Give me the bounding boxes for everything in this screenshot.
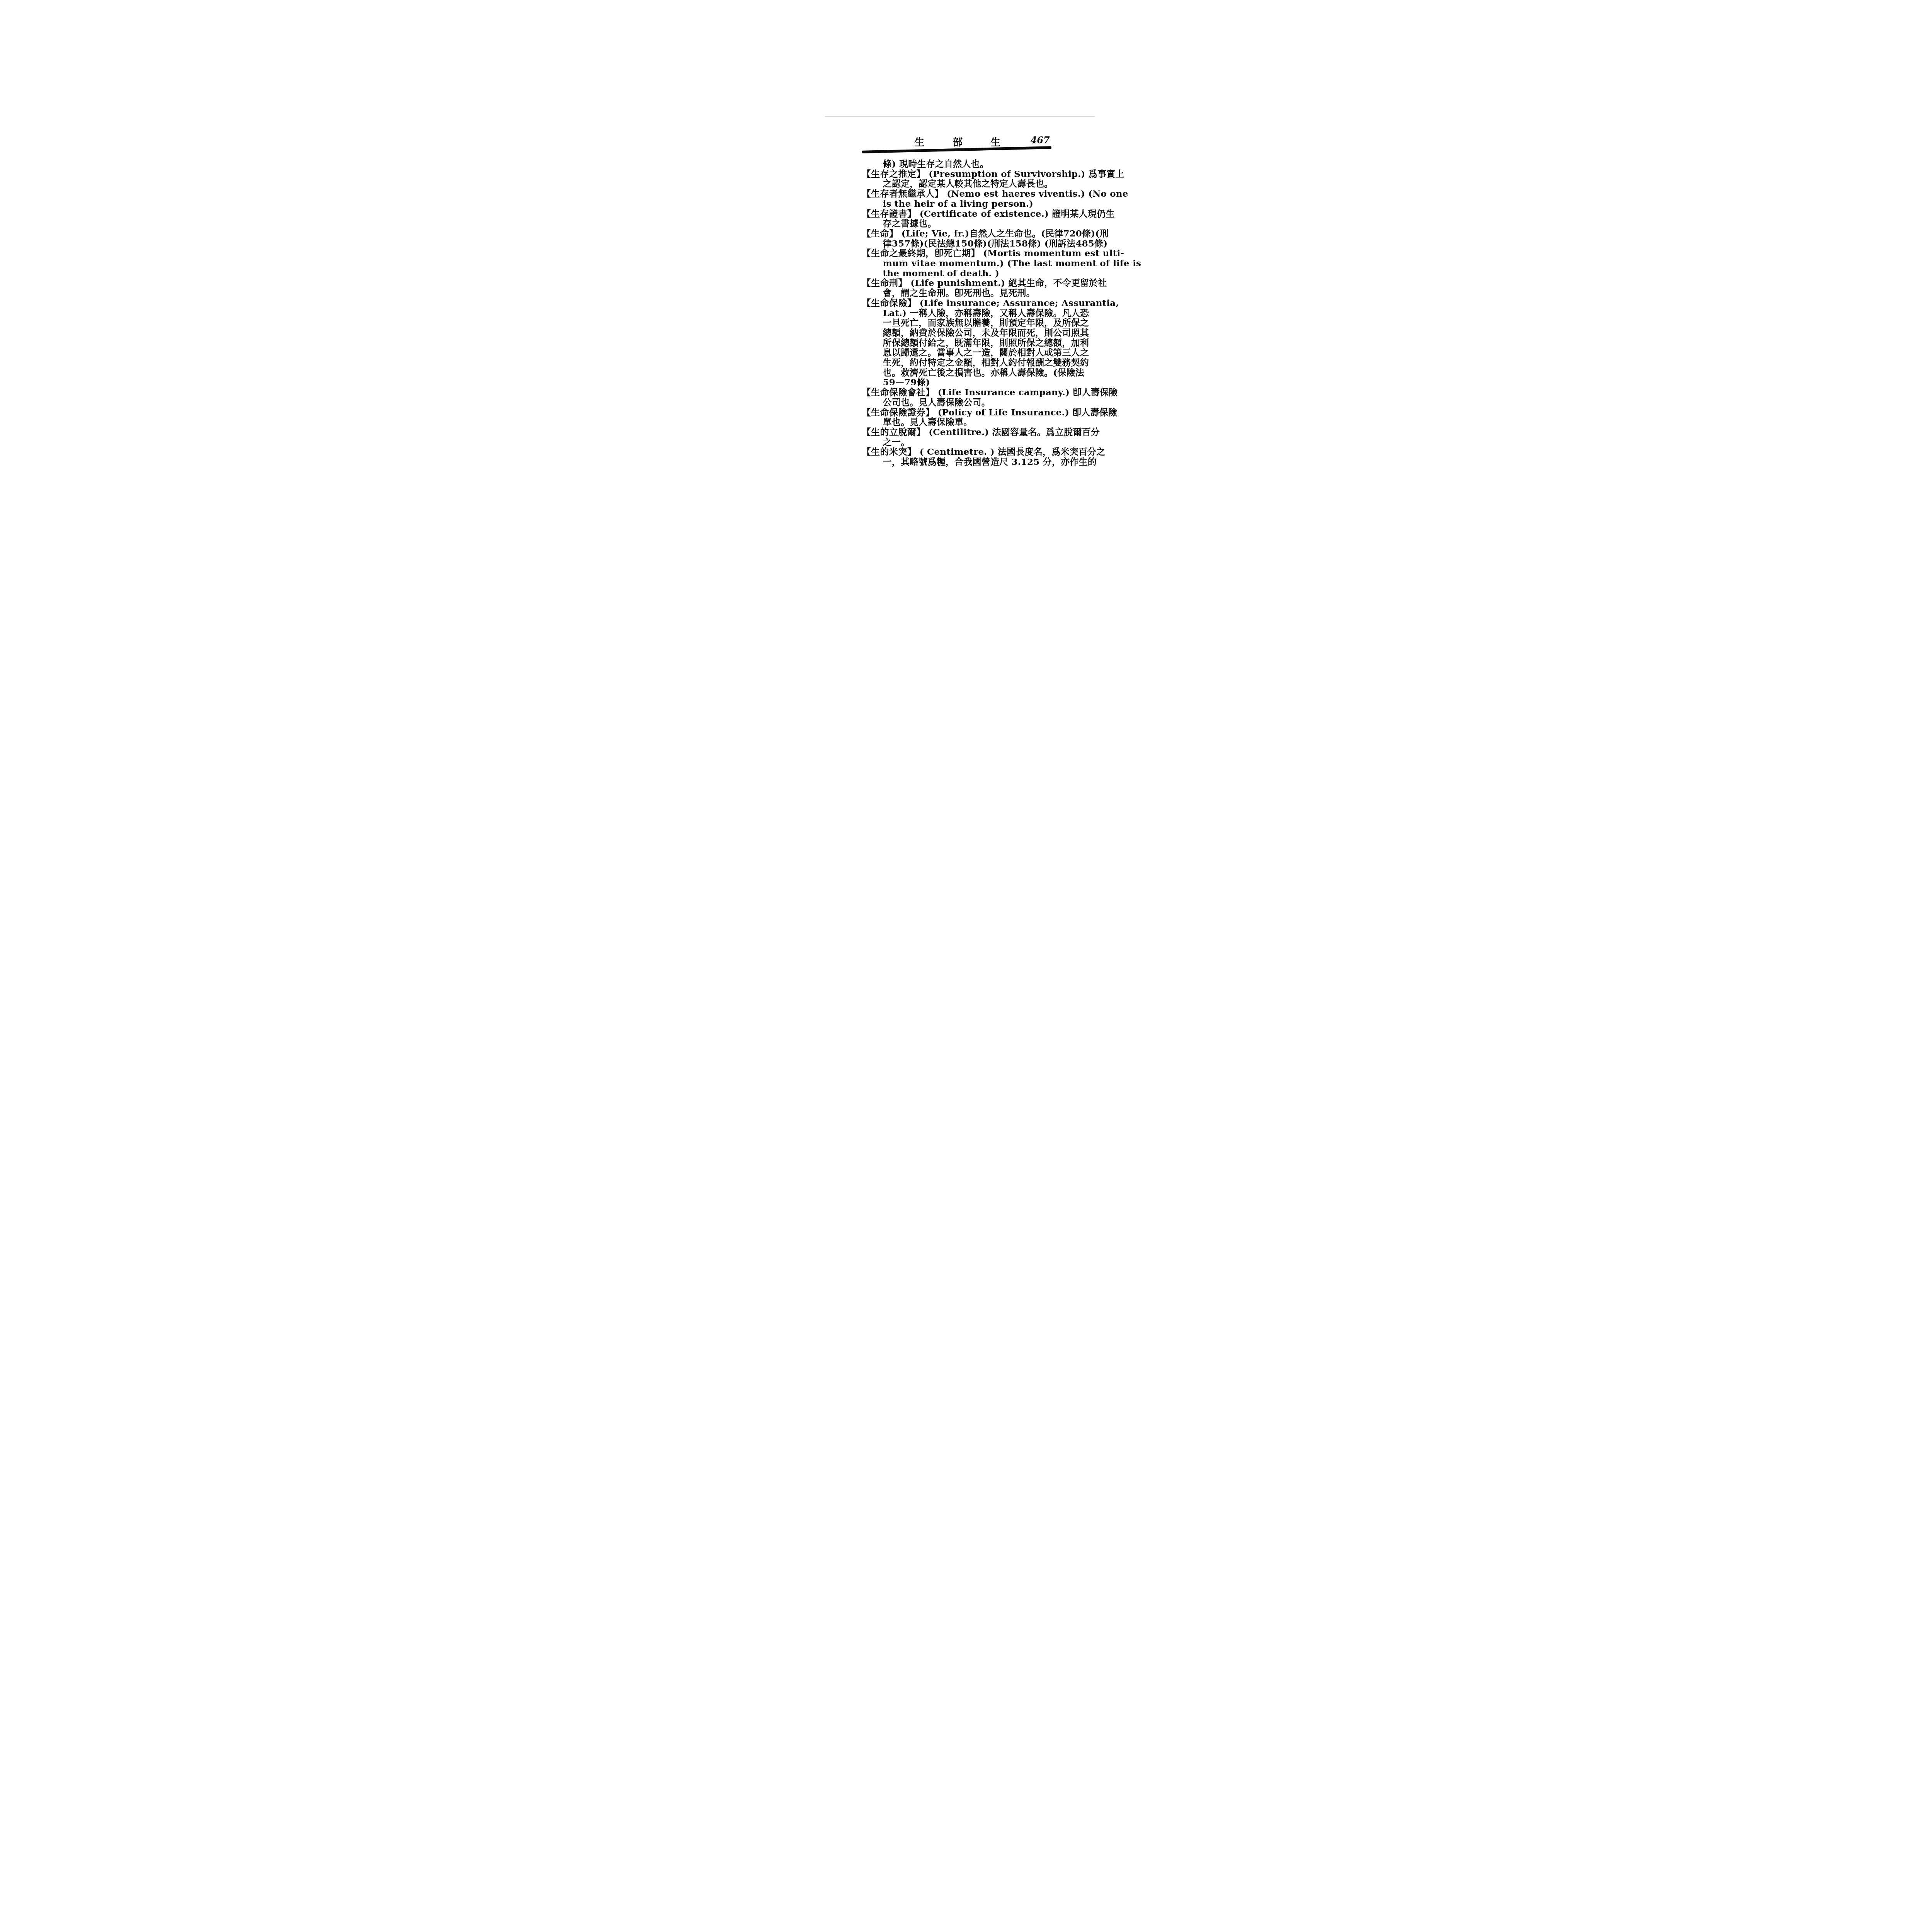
- entry-line-text: 所保總額付給之，既滿年限，則照所保之總額，加利: [883, 338, 1089, 348]
- entry-line-text: 一，其略號爲糎，合我國營造尺 3.125 分，亦作生的: [883, 457, 1097, 467]
- dict-continuation-line: 也。救濟死亡後之損害也。亦稱人壽保險。(保險法: [862, 368, 1101, 378]
- dict-continuation-line: 條) 現時生存之自然人也。: [862, 159, 1101, 169]
- entry-line-text: (Life Insurance campany.) 卽人壽保險: [935, 387, 1118, 398]
- dict-continuation-line: 總額，納費於保險公司，未及年限而死，則公司照其: [862, 328, 1101, 338]
- entry-headword: 【生存者無繼承人】: [862, 189, 944, 199]
- dict-entry-line: 【生存證書】 (Certificate of existence.) 證明某人現…: [862, 209, 1101, 219]
- dict-entry-line: 【生存之推定】 (Presumption of Survivorship.) 爲…: [862, 169, 1101, 179]
- entry-line-text: (Life insurance; Assurance; Assurantia,: [917, 298, 1119, 308]
- entry-line-text: 也。救濟死亡後之損害也。亦稱人壽保險。(保險法: [883, 367, 1084, 378]
- entry-line-text: 之一。: [883, 437, 910, 447]
- entry-line-text: 條) 現時生存之自然人也。: [883, 159, 989, 169]
- dict-continuation-line: the moment of death. ): [862, 269, 1101, 279]
- entry-line-text: (Nemo est haeres viventis.) (No one: [944, 189, 1128, 199]
- entry-headword: 【生存證書】: [862, 209, 917, 219]
- running-head-section-char: 部: [953, 134, 963, 149]
- dict-entry-line: 【生命保險會社】 (Life Insurance campany.) 卽人壽保險: [862, 388, 1101, 398]
- dict-continuation-line: 所保總額付給之，既滿年限，則照所保之總額，加利: [862, 338, 1101, 348]
- dict-continuation-line: 之認定，認定某人較其他之特定人壽長也。: [862, 179, 1101, 189]
- dict-continuation-line: 單也。見人壽保險單。: [862, 417, 1101, 427]
- entry-line-text: 律357條)(民法總150條)(刑法158條) (刑訴法485條): [883, 238, 1108, 249]
- dict-entry-line: 【生存者無繼承人】 (Nemo est haeres viventis.) (N…: [862, 189, 1101, 199]
- entry-line-text: 息以歸還之。當事人之一造，關於相對人或第三人之: [883, 347, 1089, 358]
- dict-entry-line: 【生命刑】 (Life punishment.) 絕其生命，不令更留於社: [862, 278, 1101, 288]
- scan-edge-line: [825, 116, 1095, 117]
- entry-line-text: 一旦死亡，而家族無以贍養，則預定年限，及所保之: [883, 318, 1089, 328]
- dictionary-page-scan: 生 部 生 467 條) 現時生存之自然人也。【生存之推定】 (Presumpt…: [746, 0, 1171, 601]
- dict-continuation-line: 律357條)(民法總150條)(刑法158條) (刑訴法485條): [862, 239, 1101, 249]
- dict-entry-line: 【生命保險證券】 (Policy of Life Insurance.) 卽人壽…: [862, 408, 1101, 418]
- dict-continuation-line: 存之書據也。: [862, 219, 1101, 229]
- entry-line-text: (Life; Vie, fr.)自然人之生命也。(民律720條)(刑: [898, 228, 1109, 239]
- entry-headword: 【生命保險】: [862, 298, 917, 308]
- entry-headword: 【生的立脫爾】: [862, 427, 926, 437]
- entry-line-text: Lat.) 一稱人險，亦稱壽險，又稱人壽保險。凡人恐: [883, 308, 1089, 318]
- entry-line-text: is the heir of a living person.): [883, 199, 1034, 209]
- entry-line-text: 59—79條): [883, 377, 930, 388]
- entry-line-text: the moment of death. ): [883, 268, 1000, 279]
- entry-line-text: ( Centimetre. ) 法國長度名，爲米突百分之: [917, 447, 1106, 457]
- dict-continuation-line: 公司也。見人壽保險公司。: [862, 398, 1101, 408]
- dict-entry-line: 【生的米突】 ( Centimetre. ) 法國長度名，爲米突百分之: [862, 447, 1101, 457]
- dict-continuation-line: 一，其略號爲糎，合我國營造尺 3.125 分，亦作生的: [862, 457, 1101, 467]
- entry-line-text: 單也。見人壽保險單。: [883, 417, 973, 427]
- entry-line-text: 會，謂之生命刑。卽死刑也。見死刑。: [883, 288, 1035, 298]
- entry-headword: 【生命刑】: [862, 278, 908, 288]
- dictionary-lines: 條) 現時生存之自然人也。【生存之推定】 (Presumption of Sur…: [862, 159, 1101, 467]
- dict-entry-line: 【生的立脫爾】 (Centilitre.) 法國容量名。爲立脫爾百分: [862, 427, 1101, 437]
- entry-headword: 【生存之推定】: [862, 169, 926, 179]
- page-number: 467: [1031, 134, 1050, 146]
- dict-continuation-line: 59—79條): [862, 378, 1101, 388]
- dict-continuation-line: 生死，約付特定之金額，相對人約付報酬之雙務契約: [862, 358, 1101, 368]
- dict-entry-line: 【生命之最終期，卽死亡期】 (Mortis momentum est ulti-: [862, 248, 1101, 259]
- entry-line-text: (Presumption of Survivorship.) 爲事實上: [925, 169, 1124, 179]
- dict-entry-line: 【生命保險】 (Life insurance; Assurance; Assur…: [862, 298, 1101, 308]
- dict-continuation-line: 會，謂之生命刑。卽死刑也。見死刑。: [862, 288, 1101, 298]
- entry-line-text: (Policy of Life Insurance.) 卽人壽保險: [935, 407, 1118, 418]
- entry-line-text: 總額，納費於保險公司，未及年限而死，則公司照其: [883, 328, 1089, 338]
- entry-line-text: 公司也。見人壽保險公司。: [883, 397, 990, 408]
- entry-line-text: (Certificate of existence.) 證明某人現仍生: [917, 209, 1115, 219]
- entry-headword: 【生命保險會社】: [862, 387, 935, 398]
- entry-headword: 【生命】: [862, 228, 898, 239]
- entry-line-text: (Mortis momentum est ulti-: [980, 248, 1124, 259]
- running-head: 生 部 生 467: [746, 134, 1171, 148]
- running-head-left-char: 生: [914, 134, 924, 149]
- dict-entry-line: 【生命】 (Life; Vie, fr.)自然人之生命也。(民律720條)(刑: [862, 229, 1101, 239]
- entry-line-text: 生死，約付特定之金額，相對人約付報酬之雙務契約: [883, 357, 1089, 368]
- entry-line-text: 之認定，認定某人較其他之特定人壽長也。: [883, 179, 1053, 189]
- entry-headword: 【生命保險證券】: [862, 407, 935, 418]
- entry-headword: 【生命之最終期，卽死亡期】: [862, 248, 980, 259]
- dict-continuation-line: 之一。: [862, 437, 1101, 447]
- dict-continuation-line: Lat.) 一稱人險，亦稱壽險，又稱人壽保險。凡人恐: [862, 308, 1101, 318]
- entry-line-text: (Centilitre.) 法國容量名。爲立脫爾百分: [925, 427, 1100, 437]
- entry-headword: 【生的米突】: [862, 447, 917, 457]
- dict-continuation-line: mum vitae momentum.) (The last moment of…: [862, 259, 1101, 269]
- entry-line-text: (Life punishment.) 絕其生命，不令更留於社: [907, 278, 1107, 288]
- running-head-right-char: 生: [990, 134, 1000, 149]
- entry-line-text: 存之書據也。: [883, 218, 937, 229]
- dict-continuation-line: 息以歸還之。當事人之一造，關於相對人或第三人之: [862, 348, 1101, 358]
- entry-line-text: mum vitae momentum.) (The last moment of…: [883, 258, 1141, 269]
- dict-continuation-line: is the heir of a living person.): [862, 199, 1101, 209]
- dict-continuation-line: 一旦死亡，而家族無以贍養，則預定年限，及所保之: [862, 318, 1101, 328]
